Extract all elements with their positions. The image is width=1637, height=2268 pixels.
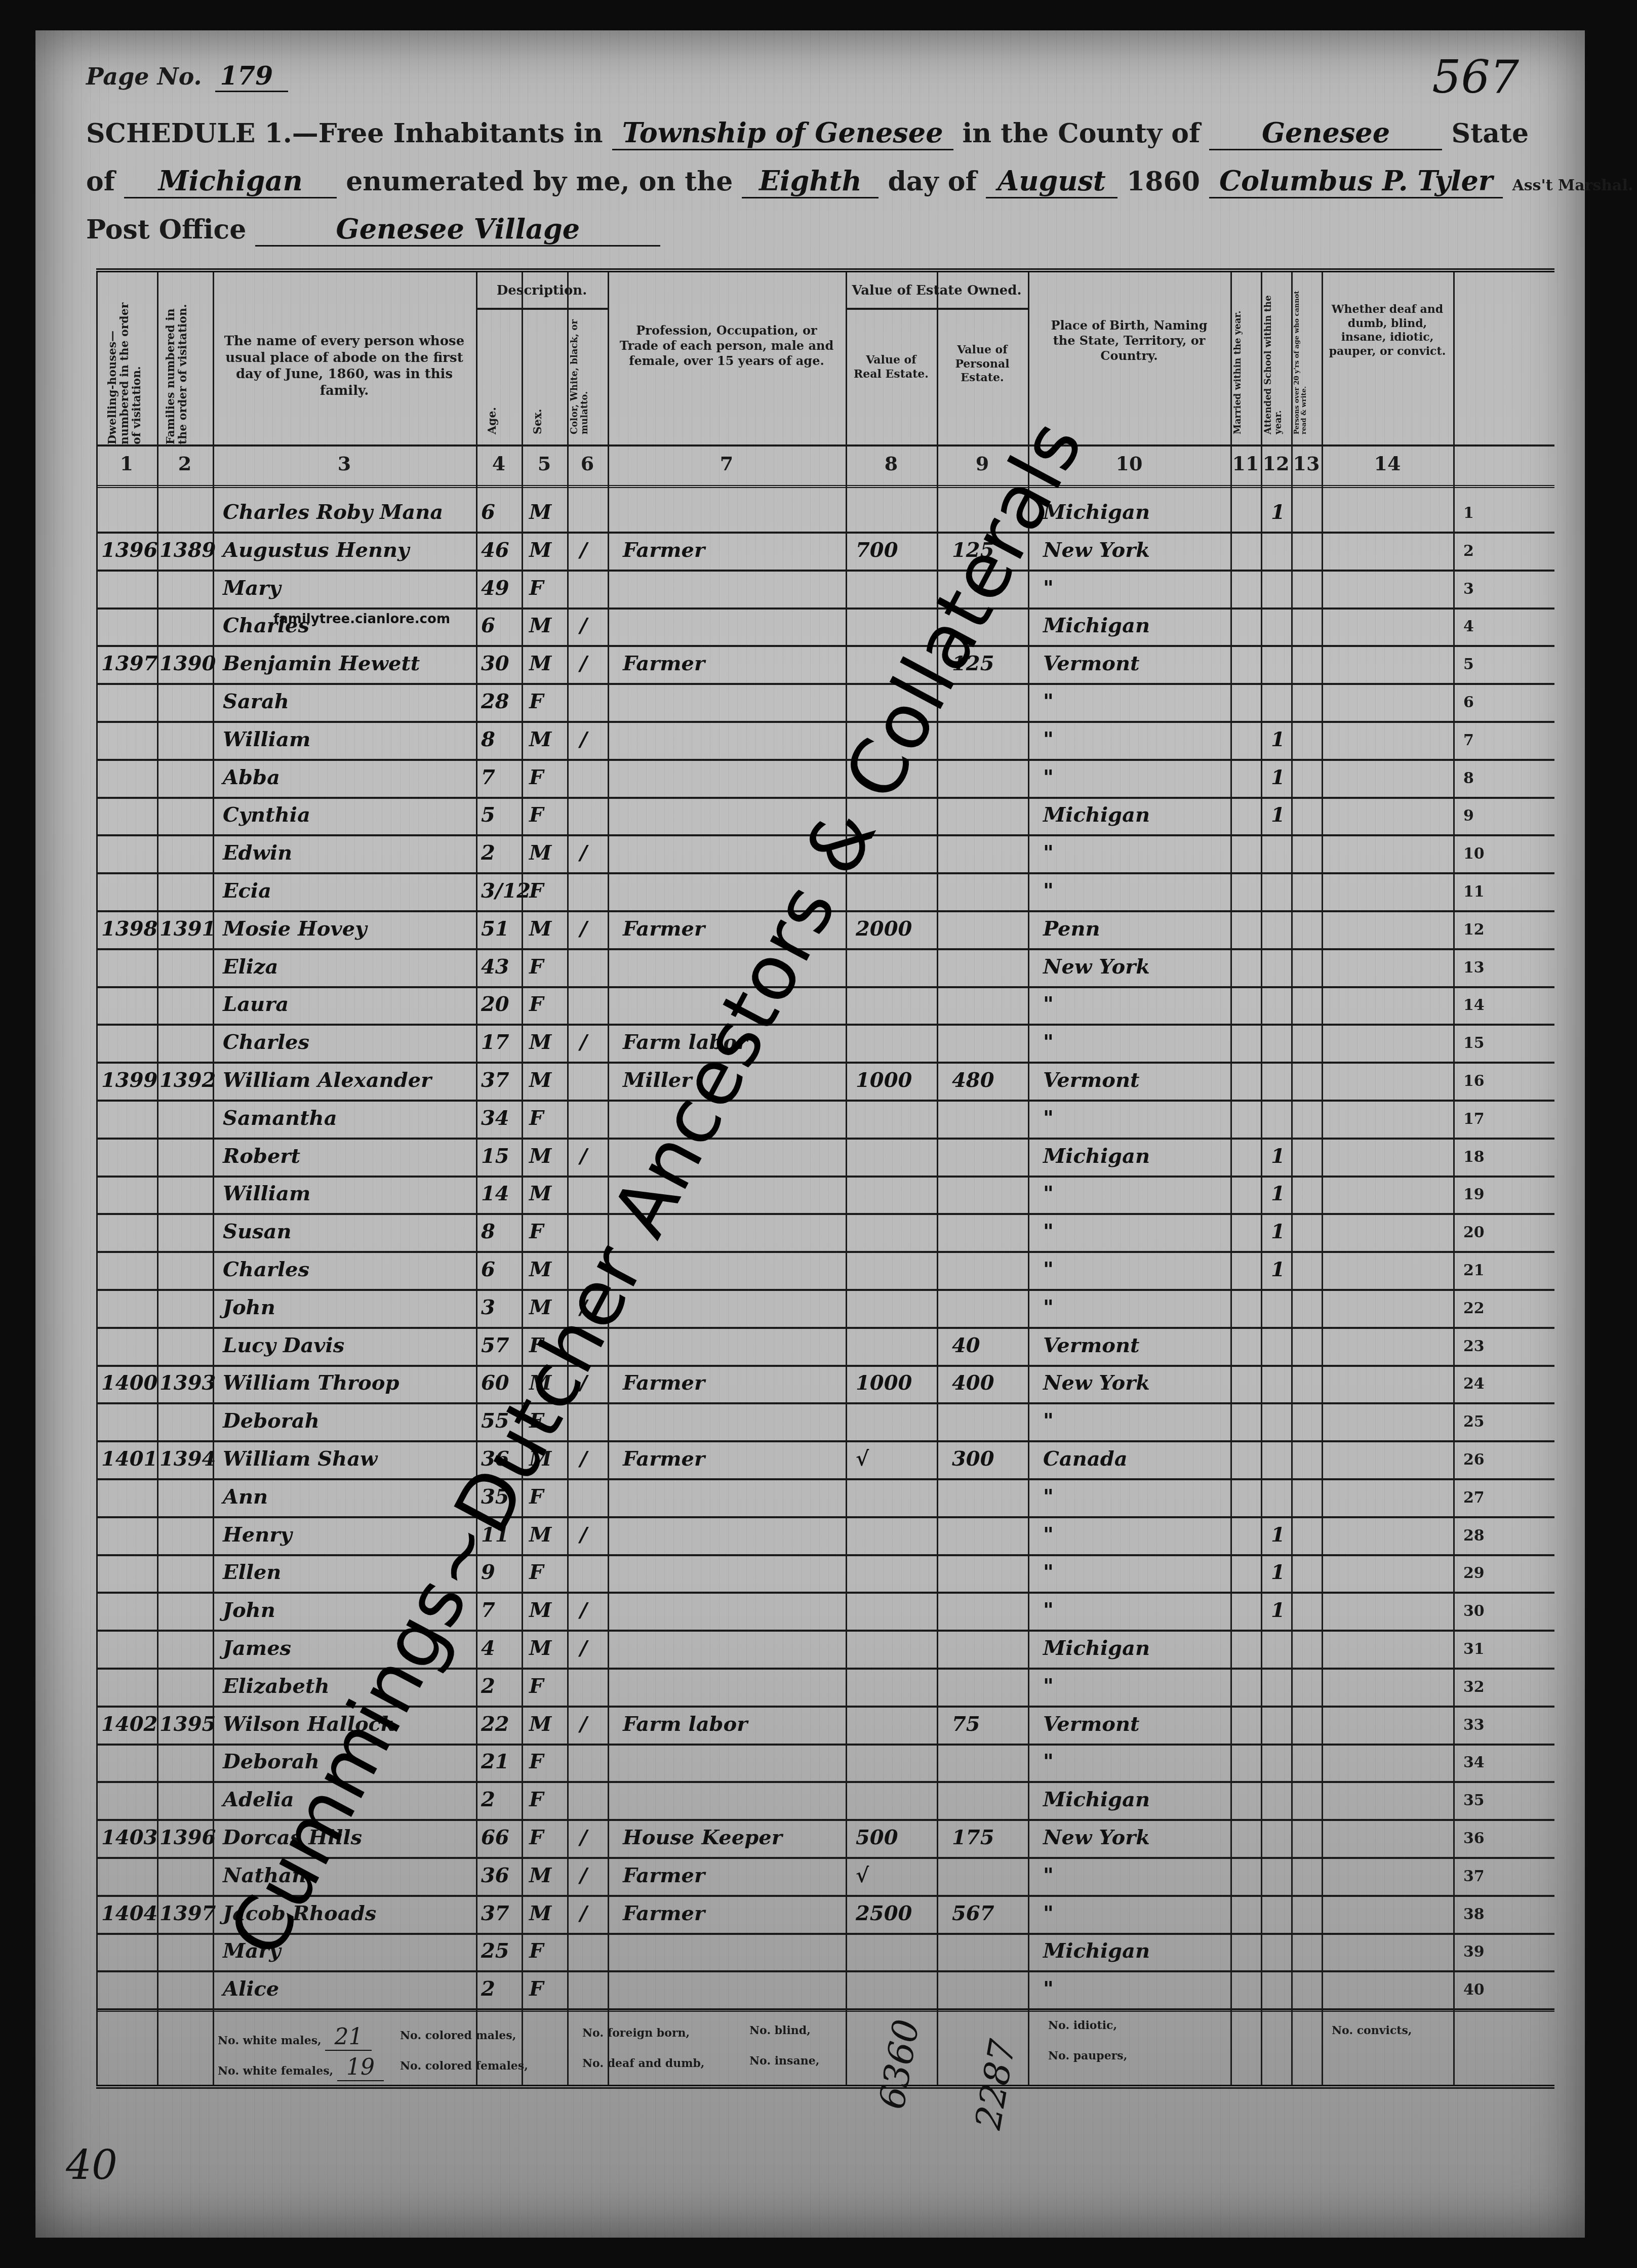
place-of-birth: " [1043, 690, 1054, 713]
person-name: Abba [223, 765, 280, 789]
table-row: 14Laura20F" [96, 987, 1554, 1025]
table-row: 4Charles6M/Michigan [96, 609, 1554, 646]
month-value: August [986, 165, 1117, 198]
line-number: 36 [1463, 1830, 1485, 1847]
real-estate-value: 500 [856, 1826, 898, 1849]
age: 37 [481, 1068, 509, 1092]
line-number: 9 [1463, 807, 1474, 825]
line-number: 24 [1463, 1375, 1485, 1393]
line-number: 20 [1463, 1224, 1485, 1241]
person-name: William Alexander [223, 1068, 431, 1092]
age: 2 [481, 1674, 495, 1698]
header-col-10: Place of Birth, Naming the State, Territ… [1038, 318, 1220, 363]
sex: M [529, 614, 551, 637]
place-of-birth: " [1043, 879, 1054, 903]
place-of-birth: Vermont [1043, 1068, 1139, 1092]
place-of-birth: Penn [1043, 917, 1100, 941]
table-row: 28Henry11M/"1 [96, 1518, 1554, 1556]
family-number: 1394 [159, 1447, 216, 1471]
line-number: 38 [1463, 1906, 1485, 1923]
header-rule [96, 444, 1554, 447]
school-mark: 1 [1271, 1182, 1285, 1205]
place-of-birth: Canada [1043, 1447, 1128, 1471]
col-number-14: 14 [1322, 452, 1453, 475]
age: 43 [481, 955, 509, 979]
age: 3/12 [481, 879, 531, 903]
person-name: William Throop [223, 1371, 399, 1395]
person-name: Samantha [223, 1106, 337, 1130]
col-number-1: 1 [96, 452, 157, 475]
table-row: 18Robert15M/Michigan1 [96, 1139, 1554, 1177]
state-label: State [1452, 118, 1529, 149]
white-females-value: 19 [337, 2054, 384, 2081]
age: 2 [481, 1977, 495, 2001]
person-name: Benjamin Hewett [223, 652, 420, 675]
age: 6 [481, 500, 495, 524]
line-number: 21 [1463, 1262, 1485, 1279]
line-number: 17 [1463, 1110, 1485, 1128]
occupation: Farmer [623, 917, 705, 941]
person-name: Charles [223, 1258, 309, 1281]
family-number: 1395 [159, 1712, 216, 1736]
place-of-birth: " [1043, 1409, 1054, 1433]
sex: F [529, 992, 543, 1016]
sex: F [529, 690, 543, 713]
state-value: Michigan [124, 165, 337, 198]
table-row: 17Samantha34F" [96, 1101, 1554, 1139]
summary-blind: No. blind, [749, 2024, 811, 2037]
col-number-12: 12 [1261, 452, 1291, 475]
sex: F [529, 1939, 543, 1963]
personal-estate-value: 75 [952, 1712, 980, 1736]
person-name: Augustus Henny [223, 538, 409, 562]
line-number: 18 [1463, 1148, 1485, 1166]
place-of-birth: New York [1043, 1371, 1150, 1395]
color-mark: / [580, 1598, 587, 1622]
sex: M [529, 1864, 551, 1887]
stamped-number: 567 [1432, 51, 1519, 104]
col-number-13: 13 [1291, 452, 1322, 475]
color-mark: / [580, 1636, 587, 1660]
place-of-birth: " [1043, 1674, 1054, 1698]
table-row: 513971390Benjamin Hewett30M/Farmer125Ver… [96, 646, 1554, 684]
table-row: 29Ellen9F"1 [96, 1555, 1554, 1593]
sex: M [529, 1030, 551, 1054]
table-row: 21Charles6M"1 [96, 1252, 1554, 1290]
table-row: 6Sarah28F" [96, 684, 1554, 722]
header-col-9: Value of Personal Estate. [942, 343, 1023, 385]
person-name: Charles [223, 614, 309, 637]
line-number: 14 [1463, 996, 1485, 1014]
place-of-birth: " [1043, 1864, 1054, 1887]
col-number-7: 7 [608, 452, 846, 475]
enumeration-line: of Michigan enumerated by me, on the Eig… [86, 165, 1633, 198]
sex: F [529, 1977, 543, 2001]
occupation: House Keeper [623, 1826, 782, 1849]
line-number: 1 [1463, 504, 1474, 522]
day-of-label: day of [888, 166, 976, 197]
line-number: 40 [1463, 1981, 1485, 1999]
group-underline [476, 308, 608, 310]
school-mark: 1 [1271, 1560, 1285, 1584]
color-mark: / [580, 1901, 587, 1925]
place-of-birth: " [1043, 1182, 1054, 1205]
place-of-birth: " [1043, 1901, 1054, 1925]
header-col-7: Profession, Occupation, or Trade of each… [618, 323, 835, 369]
school-mark: 1 [1271, 1258, 1285, 1281]
person-name: Charles [223, 1030, 309, 1054]
summary-white-females: No. white females, 19 [218, 2054, 384, 2080]
place-of-birth: " [1043, 1598, 1054, 1622]
white-females-label: No. white females, [218, 2064, 333, 2078]
margin-note: 40 [66, 2141, 117, 2189]
table-row: 20Susan8F"1 [96, 1214, 1554, 1252]
age: 6 [481, 614, 495, 637]
place-of-birth: " [1043, 1560, 1054, 1584]
summary-paupers: No. paupers, [1048, 2049, 1127, 2062]
age: 15 [481, 1144, 509, 1168]
age: 37 [481, 1901, 509, 1925]
place-of-birth: Vermont [1043, 1712, 1139, 1736]
sex: F [529, 1788, 543, 1811]
place-of-birth: " [1043, 765, 1054, 789]
family-number: 1389 [159, 538, 216, 562]
color-mark: / [580, 1523, 587, 1547]
person-name: Deborah [223, 1409, 320, 1433]
of-label: of [86, 166, 115, 197]
person-name: William Shaw [223, 1447, 378, 1471]
place-of-birth: " [1043, 1295, 1054, 1319]
dwelling-number: 1399 [101, 1068, 157, 1092]
sex: F [529, 1826, 543, 1849]
sex: F [529, 1674, 543, 1698]
sex: F [529, 803, 543, 827]
line-number: 34 [1463, 1754, 1485, 1771]
line-number: 19 [1463, 1186, 1485, 1203]
place-of-birth: " [1043, 1485, 1054, 1509]
county-value: Genesee [1209, 116, 1442, 150]
header-col-3: The name of every person whose usual pla… [223, 333, 466, 399]
col-number-11: 11 [1230, 452, 1261, 475]
sex: M [529, 1068, 551, 1092]
sex: F [529, 1220, 543, 1243]
sex: M [529, 841, 551, 865]
col-number-5: 5 [522, 452, 567, 475]
person-name: Ellen [223, 1560, 281, 1584]
line-number: 25 [1463, 1413, 1485, 1431]
year-value: 1860 [1127, 166, 1200, 197]
color-mark: / [580, 841, 587, 865]
person-name: William [223, 1182, 310, 1205]
header-col-2: Families numbered in the order of visita… [165, 293, 210, 444]
header-col-13: Persons over 20 y'rs of age who cannot r… [1294, 277, 1319, 434]
place-of-birth: Michigan [1043, 1939, 1150, 1963]
school-mark: 1 [1271, 1144, 1285, 1168]
table-row: 15Charles17M/Farm labor" [96, 1025, 1554, 1063]
sex: F [529, 955, 543, 979]
table-row: 2414001393William Throop60M/Farmer100040… [96, 1366, 1554, 1404]
age: 30 [481, 652, 509, 675]
age: 2 [481, 1788, 495, 1811]
age: 8 [481, 727, 495, 751]
color-mark: / [580, 1864, 587, 1887]
sex: M [529, 652, 551, 675]
header-double-rule [96, 485, 1554, 488]
age: 34 [481, 1106, 509, 1130]
table-row: 1613991392William Alexander37MMiller1000… [96, 1063, 1554, 1101]
col-number-6: 6 [567, 452, 608, 475]
table-row: 19William14M"1 [96, 1177, 1554, 1214]
color-mark: / [580, 1447, 587, 1471]
person-name: William [223, 727, 310, 751]
col-number-3: 3 [213, 452, 476, 475]
place-of-birth: " [1043, 727, 1054, 751]
place-of-birth: " [1043, 1750, 1054, 1773]
color-mark: / [580, 1712, 587, 1736]
age: 21 [481, 1750, 509, 1773]
dwelling-number: 1404 [101, 1901, 157, 1925]
person-name: Robert [223, 1144, 300, 1168]
dwelling-number: 1397 [101, 652, 157, 675]
summary-white-males: No. white males, 21 [218, 2024, 372, 2050]
header-col-4: Age. [486, 374, 498, 434]
summary-idiotic: No. idiotic, [1048, 2019, 1117, 2032]
family-number: 1396 [159, 1826, 216, 1849]
place-of-birth: " [1043, 1258, 1054, 1281]
place-of-birth: Vermont [1043, 652, 1139, 675]
line-number: 8 [1463, 769, 1474, 787]
line-number: 33 [1463, 1716, 1485, 1734]
header-col-6: Color, White, black, or mulatto. [570, 318, 605, 434]
age: 8 [481, 1220, 495, 1243]
line-number: 4 [1463, 618, 1474, 635]
color-mark: / [580, 1826, 587, 1849]
age: 51 [481, 917, 509, 941]
line-number: 29 [1463, 1564, 1485, 1582]
line-number: 23 [1463, 1338, 1485, 1355]
place-of-birth: Michigan [1043, 803, 1150, 827]
real-estate-value: 2500 [856, 1901, 912, 1925]
summary-foreign-born: No. foreign born, [582, 2027, 690, 2040]
col-number-2: 2 [157, 452, 213, 475]
summary-convicts: No. convicts, [1332, 2024, 1412, 2037]
occupation: Farm labor [623, 1712, 747, 1736]
table-row: 7William8M/"1 [96, 722, 1554, 760]
sex: F [529, 765, 543, 789]
color-mark: / [580, 917, 587, 941]
table-row: 213961389Augustus Henny46M/Farmer700125N… [96, 533, 1554, 571]
dwelling-number: 1400 [101, 1371, 157, 1395]
age: 17 [481, 1030, 509, 1054]
page-no-value: 179 [215, 61, 288, 92]
line-number: 12 [1463, 921, 1485, 939]
summary-rule [96, 2009, 1554, 2012]
dwelling-number: 1401 [101, 1447, 157, 1471]
occupation: Farmer [623, 1371, 705, 1395]
line-number: 6 [1463, 694, 1474, 711]
personal-estate-value: 40 [952, 1333, 980, 1357]
personal-estate-value: 567 [952, 1901, 994, 1925]
school-mark: 1 [1271, 1598, 1285, 1622]
occupation: Farmer [623, 1864, 705, 1887]
age: 22 [481, 1712, 509, 1736]
person-name: John [223, 1598, 275, 1622]
county-label: in the County of [963, 118, 1201, 149]
color-mark: / [580, 727, 587, 751]
place-of-birth: " [1043, 576, 1054, 600]
school-mark: 1 [1271, 803, 1285, 827]
school-mark: 1 [1271, 765, 1285, 789]
sex: F [529, 1106, 543, 1130]
place-of-birth: " [1043, 1523, 1054, 1547]
white-males-label: No. white males, [218, 2034, 322, 2047]
place-of-birth: Michigan [1043, 1144, 1150, 1168]
line-number: 13 [1463, 959, 1485, 977]
sex: M [529, 1258, 551, 1281]
person-name: Edwin [223, 841, 292, 865]
marshal-label: Ass't Marshal. [1512, 177, 1633, 194]
age: 46 [481, 538, 509, 562]
line-number: 22 [1463, 1300, 1485, 1317]
header-col-8: Value of Real Estate. [851, 353, 932, 381]
schedule-label: SCHEDULE 1.—Free Inhabitants in [86, 118, 603, 149]
age: 7 [481, 765, 495, 789]
age: 2 [481, 841, 495, 865]
person-name: Cynthia [223, 803, 310, 827]
color-mark: / [580, 538, 587, 562]
place-of-birth: New York [1043, 538, 1150, 562]
person-name: Lucy Davis [223, 1333, 344, 1357]
real-estate-total: 6360 [871, 2016, 928, 2113]
occupation: Farmer [623, 538, 705, 562]
place-of-birth: Vermont [1043, 1333, 1139, 1357]
sex: M [529, 1636, 551, 1660]
person-name: Alice [223, 1977, 279, 2001]
line-number: 35 [1463, 1792, 1485, 1809]
place-of-birth: Michigan [1043, 1788, 1150, 1811]
white-males-value: 21 [325, 2024, 372, 2051]
age: 66 [481, 1826, 509, 1849]
header-col-12: Attended School within the year. [1263, 277, 1289, 434]
line-number: 30 [1463, 1602, 1485, 1620]
sex: M [529, 1901, 551, 1925]
sex: F [529, 1750, 543, 1773]
sex: M [529, 917, 551, 941]
school-mark: 1 [1271, 500, 1285, 524]
place-of-birth: New York [1043, 955, 1150, 979]
real-estate-value: 2000 [856, 917, 912, 941]
person-name: Mosie Hovey [223, 917, 367, 941]
table-row: 40Alice2F" [96, 1972, 1554, 2010]
group-header-value-of-estate: Value of Estate Owned. [846, 282, 1028, 299]
table-row: 22John3M/" [96, 1290, 1554, 1328]
marshal-name: Columbus P. Tyler [1209, 165, 1503, 198]
header-col-5: Sex. [532, 374, 544, 434]
age: 25 [481, 1939, 509, 1963]
line-number: 15 [1463, 1034, 1485, 1052]
school-mark: 1 [1271, 1523, 1285, 1547]
header-col-11: Married within the year. [1233, 277, 1258, 434]
age: 4 [481, 1636, 495, 1660]
col-number-4: 4 [476, 452, 522, 475]
school-mark: 1 [1271, 727, 1285, 751]
person-name: Ann [223, 1485, 268, 1509]
place-of-birth: Michigan [1043, 614, 1150, 637]
personal-estate-value: 175 [952, 1826, 994, 1849]
page-no-label: Page No. [86, 63, 202, 90]
col-number-8: 8 [846, 452, 937, 475]
color-mark: / [580, 1030, 587, 1054]
color-mark: / [580, 1144, 587, 1168]
line-number: 37 [1463, 1868, 1485, 1885]
table-row: 27Ann35F" [96, 1480, 1554, 1518]
person-name: Mary [223, 576, 281, 600]
person-name: Charles Roby Mana [223, 500, 443, 524]
sex: F [529, 1560, 543, 1584]
place-of-birth: " [1043, 841, 1054, 865]
sex: M [529, 538, 551, 562]
line-number: 31 [1463, 1640, 1485, 1658]
line-number: 3 [1463, 580, 1474, 598]
family-number: 1391 [159, 917, 216, 941]
group-header-description: Description. [476, 282, 608, 299]
sex: M [529, 1182, 551, 1205]
place-of-birth: " [1043, 1977, 1054, 2001]
line-number: 5 [1463, 656, 1474, 673]
table-row: 1Charles Roby Mana6MMichigan1 [96, 495, 1554, 533]
age: 36 [481, 1864, 509, 1887]
line-number: 11 [1463, 883, 1485, 901]
table-row: 23Lucy Davis57F40Vermont [96, 1328, 1554, 1366]
person-name: Laura [223, 992, 289, 1016]
sex: M [529, 1598, 551, 1622]
personal-estate-value: 480 [952, 1068, 994, 1092]
color-mark: / [580, 652, 587, 675]
header-col-1: Dwelling-houses—numbered in the order of… [106, 293, 152, 444]
table-row: 2614011394William Shaw36M/Farmer√300Cana… [96, 1442, 1554, 1480]
personal-estate-total: 2287 [967, 2037, 1024, 2133]
dwelling-number: 1396 [101, 538, 157, 562]
personal-estate-value: 400 [952, 1371, 994, 1395]
post-office-label: Post Office [86, 214, 246, 245]
dwelling-number: 1402 [101, 1712, 157, 1736]
school-mark: 1 [1271, 1220, 1285, 1243]
sex: M [529, 727, 551, 751]
age: 5 [481, 803, 495, 827]
census-sheet: Page No. 179 567 SCHEDULE 1.—Free Inhabi… [35, 30, 1585, 2238]
line-number: 7 [1463, 732, 1474, 749]
color-mark: / [580, 614, 587, 637]
dwelling-number: 1398 [101, 917, 157, 941]
post-office-line: Post Office Genesee Village [86, 213, 660, 247]
township-value: Township of Genesee [612, 116, 953, 150]
place-of-birth: " [1043, 1220, 1054, 1243]
line-number: 16 [1463, 1072, 1485, 1090]
table-row: 3Mary49F" [96, 571, 1554, 609]
family-number: 1397 [159, 1901, 216, 1925]
sex: M [529, 1144, 551, 1168]
person-name: James [223, 1636, 291, 1660]
schedule-line: SCHEDULE 1.—Free Inhabitants in Township… [86, 116, 1529, 150]
table-row: 39Mary25FMichigan [96, 1934, 1554, 1972]
person-name: Eliza [223, 955, 278, 979]
summary-insane: No. insane, [749, 2054, 819, 2068]
sex: M [529, 1523, 551, 1547]
occupation: Farmer [623, 1901, 705, 1925]
place-of-birth: Michigan [1043, 1636, 1150, 1660]
dwelling-number: 1403 [101, 1826, 157, 1849]
enumerated-label: enumerated by me, on the [346, 166, 733, 197]
